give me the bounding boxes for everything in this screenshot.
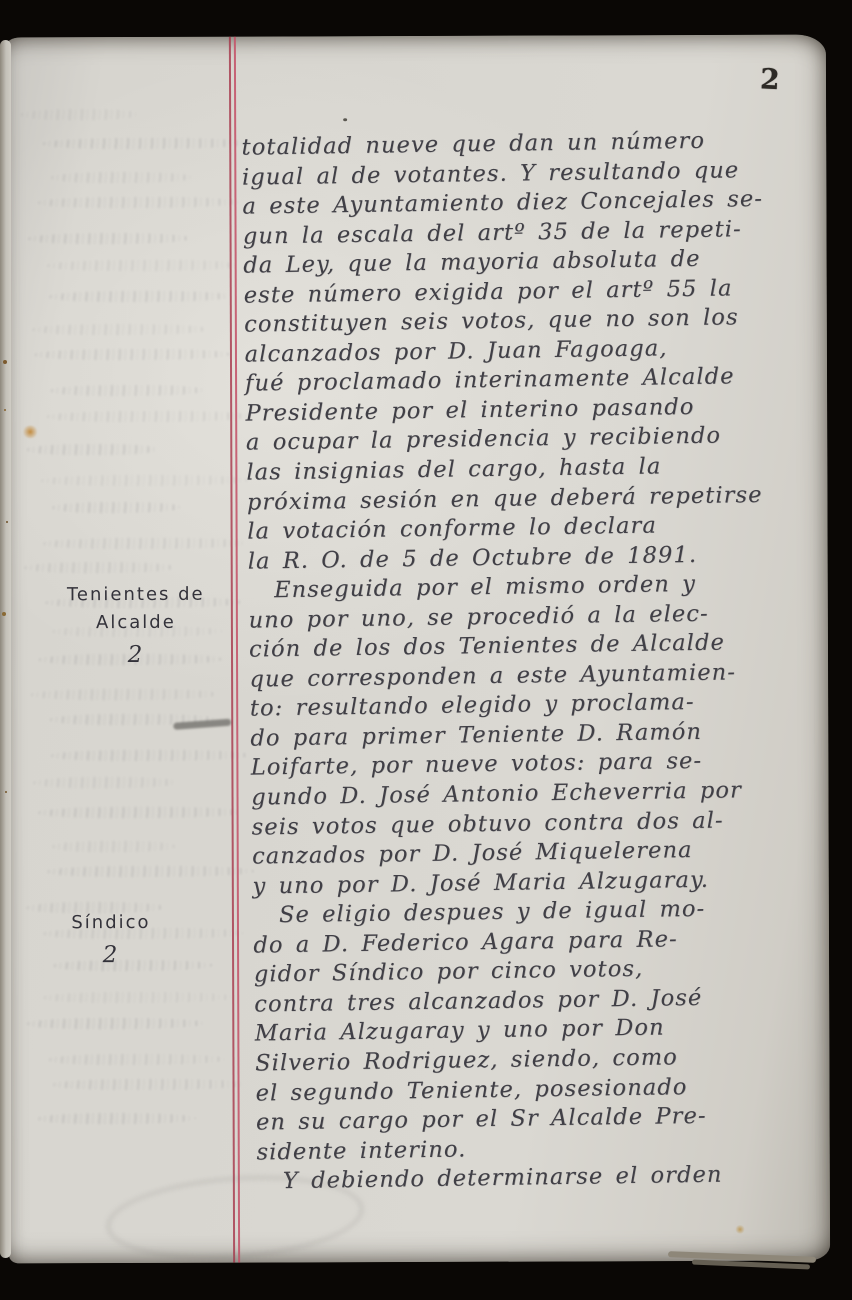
ghost-writing-row [24,562,174,574]
ghost-writing-row [51,172,192,183]
foxing-stain [22,425,38,438]
margin-note-count: 2 [41,641,231,670]
ink-fleck [343,118,347,121]
ghost-writing-row [33,777,177,789]
ghost-writing-row [28,233,190,245]
scanned-manuscript-photo: 2 Tenientes deAlcalde2Síndico2 totalidad… [0,0,852,1300]
margin-note-title: Alcalde [41,609,231,638]
ghost-writing-row [44,537,248,549]
ghost-writing-row [53,841,175,852]
margin-note: Síndico2 [36,909,186,970]
ghost-writing-row [50,290,230,302]
ghost-writing-row [41,475,247,487]
book-binding-edge [0,40,11,1258]
ghost-writing-row [44,992,234,1004]
page-number: 2 [748,62,792,97]
ghost-writing-row [39,197,239,209]
margin-note-title: Síndico [36,909,186,938]
ghost-writing-row [28,1018,205,1030]
ghost-writing-row [51,749,249,761]
ghost-writing-row [54,1079,246,1091]
ghost-writing-row [52,502,180,513]
margin-note-title: Tenientes de [41,581,231,610]
ghost-writing-row [48,866,254,878]
margin-notes: Tenientes deAlcalde2Síndico2 [5,35,826,38]
ghost-writing-row [44,137,249,149]
ghost-writing-row [48,260,236,272]
ghost-writing-row [33,324,205,336]
margin-note-count: 2 [36,941,186,970]
ghost-writing-row [49,1054,224,1066]
ink-smudge [173,719,231,730]
ghost-writing-row [35,349,229,361]
ghost-writing-row [39,1113,195,1125]
manuscript-page: 2 Tenientes deAlcalde2Síndico2 totalidad… [5,35,830,1264]
red-margin-rule-inner [234,37,240,1263]
ghost-writing-row [27,444,158,455]
foxing-stain [735,1225,745,1234]
margin-note: Tenientes deAlcalde2 [41,581,231,670]
ghost-writing-row [21,109,139,120]
ghost-writing-row [51,385,204,397]
ghost-stamp-impression [104,1168,365,1263]
ghost-writing-row [31,689,217,701]
manuscript-text: totalidad nueve que dan un númeroigual a… [241,125,830,1197]
ghost-writing-row [38,807,243,819]
ghost-writing-row [48,411,251,423]
